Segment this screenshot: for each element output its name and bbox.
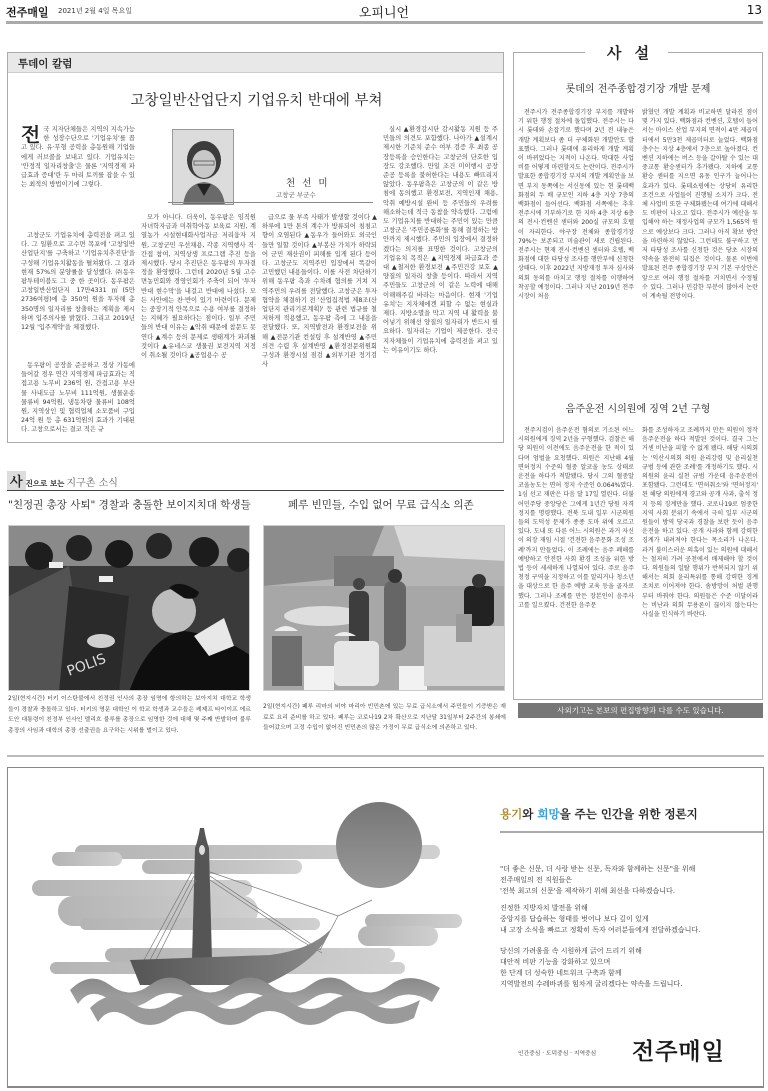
- photo-headline-turkey: "친정권 총장 사퇴" 경찰과 충돌한 보이지치대 학생들: [8, 497, 251, 512]
- author-photo: [172, 129, 234, 205]
- photo-caption-peru: 2일(현지시간) 페루 리마의 비야 마리아 빈민촌에 있는 무료 급식소에서 …: [263, 702, 506, 734]
- editorial-label: 사 설: [590, 42, 670, 63]
- masthead-divider: [6, 21, 763, 24]
- editorial-lotte-col1: 전주시가 전주종합경기장 부지를 개발하기 위한 행정 절차에 돌입했다. 전주…: [518, 108, 634, 388]
- photo-turkey-protest: POLIS: [8, 525, 250, 691]
- column-title: 고창일반산업단지 기업유치 반대에 부쳐: [8, 89, 505, 110]
- author-divider: [168, 202, 373, 203]
- ad-paragraph-1: "더 좋은 신문, 더 사랑 받는 신문, 독자와 함께하는 신문"을 위해 전…: [500, 864, 695, 897]
- editorial-lotte-col2: 밝혔던 개발 계획과 비교하면 달라진 점이 몇 가지 있다. 백화점과 컨벤션…: [642, 108, 758, 388]
- column-text-col4: 실시 ▲환경감시단 감시활동 지원 등 주민들의 의견도 포함했다. 나아가 ▲…: [383, 125, 498, 441]
- editorial-border-left: [513, 52, 585, 53]
- ad-slogan-divider: [500, 831, 763, 833]
- dropcap: 전: [21, 125, 40, 143]
- protest-photo-icon: POLIS: [9, 526, 250, 691]
- food-kitchen-photo-icon: [264, 526, 505, 691]
- ad-paragraph-3: 당신의 가려움을 속 시원하게 긁어 드리기 위해 대안적 비판 기능을 강화하…: [500, 946, 682, 990]
- column-text-col1-c: 동우팜이 공장을 준공하고 정상 가동에 들어갈 경우 연간 지역경제 파급효과…: [21, 361, 135, 441]
- author-name: 천 선 미: [286, 175, 330, 189]
- column-text-col1-b: 고창군도 기업유치에 총력전을 펴고 있다. 그 일환으로 고수면 목포에 '고…: [21, 231, 135, 361]
- page-number: 13: [747, 3, 762, 17]
- ad-slogan: 용기와 희망을 주는 인간을 위한 정론지: [500, 806, 698, 822]
- column-text-col3: 급으로 물 부족 사태가 발생할 것이다 ▲하루에 1만 톤의 계수가 방류되어…: [262, 213, 377, 441]
- section-title: 오피니언: [0, 2, 768, 21]
- author-portrait-icon: [173, 130, 234, 205]
- editorial-title-dui: 음주운전 시의원에 징역 2년 구형: [513, 400, 763, 415]
- photo-section-divider: [7, 490, 504, 491]
- editorial-border-right: [668, 52, 763, 53]
- section-mark: 사: [7, 471, 26, 490]
- editorial-dui-col1: 전주지검이 음주운전 혐의로 기소된 어느 시의원에게 징역 2년을 구형했다.…: [518, 426, 634, 696]
- author-role: 고창군 부군수: [276, 190, 316, 199]
- ad-paragraph-2: 진정한 지방자치 발전을 위해 중앙지를 답습하는 형태를 벗어나 보다 깊이 …: [500, 903, 700, 936]
- ad-motto: 인간중심 · 도덕중심 · 지역중심: [518, 1048, 596, 1057]
- editorial-disclaimer: 사외기고는 본보의 편집방향과 다를 수도 있습니다.: [518, 703, 763, 718]
- photo-headline-peru: 페루 빈민들, 수입 없어 무료 급식소 의존: [288, 497, 474, 512]
- column-header: 투데이 칼럼: [8, 53, 503, 73]
- photo-peru-kitchen: [263, 525, 505, 691]
- editorial-dui-col2: 화를 조성하자고 조례까지 만든 의원이 정작 음주운전을 하다 적발된 것이다…: [642, 426, 758, 696]
- masthead: 전주매일 2021년 2월 4일 목요일 오피니언 13: [0, 0, 768, 24]
- column-text-col2: 모가 아니다. 더욱이, 동우팜은 임직원 자녀학자금과 미취학아동 보육료 지…: [141, 213, 256, 441]
- page-divider: [7, 755, 764, 757]
- photo-caption-turkey: 2일(현지시간) 터키 이스탄불에서 친정권 인사의 총장 임명에 항의하는 보…: [8, 694, 251, 736]
- editorial-title-lotte: 롯데의 전주종합경기장 개발 문제: [513, 80, 763, 95]
- photo-news-section-title: 사진으로 보는지구촌 소식: [7, 471, 118, 491]
- ship-illustration: [20, 790, 470, 1050]
- column-text-col1-a: 전국 지자단체들은 지역의 지속가능한 성장수단으로 '기업유치'를 꼽고 있다…: [21, 125, 135, 229]
- today-column: 투데이 칼럼 고창일반산업단지 기업유치 반대에 부쳐 전국 지자단체들은 지역…: [7, 52, 504, 443]
- ship-at-sea-icon: [20, 790, 470, 1050]
- ad-newspaper-logo: 전주매일: [632, 1033, 725, 1066]
